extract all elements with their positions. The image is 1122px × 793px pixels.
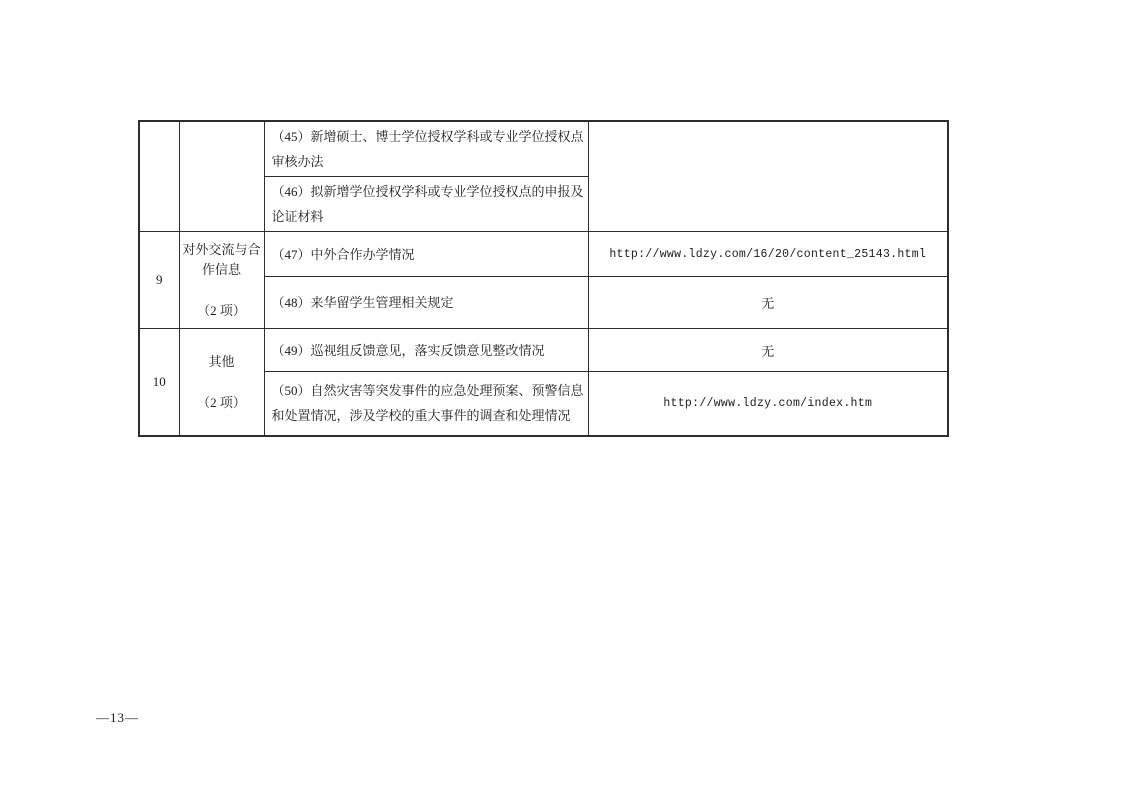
category-cell: 对外交流与合作信息 （2 项） <box>179 232 264 329</box>
document-page: （45）新增硕士、博士学位授权学科或专业学位授权点审核办法 （46）拟新增学位授… <box>0 0 1122 793</box>
table-row: （45）新增硕士、博士学位授权学科或专业学位授权点审核办法 <box>139 121 948 177</box>
row-number-cell: 9 <box>139 232 179 329</box>
item-cell: （48）来华留学生管理相关规定 <box>264 277 588 329</box>
table-row: 10 其他 （2 项） （49）巡视组反馈意见，落实反馈意见整改情况 无 <box>139 329 948 372</box>
category-cell <box>179 121 264 232</box>
page-number: —13— <box>96 710 139 726</box>
value-cell: 无 <box>588 277 948 329</box>
item-cell: （47）中外合作办学情况 <box>264 232 588 277</box>
value-cell: 无 <box>588 329 948 372</box>
table-row: 9 对外交流与合作信息 （2 项） （47）中外合作办学情况 http://ww… <box>139 232 948 277</box>
category-name: 对外交流与合作信息 <box>182 240 262 280</box>
info-disclosure-table: （45）新增硕士、博士学位授权学科或专业学位授权点审核办法 （46）拟新增学位授… <box>138 120 949 437</box>
category-count: （2 项） <box>182 394 262 412</box>
value-url-cell: http://www.ldzy.com/16/20/content_25143.… <box>588 232 948 277</box>
item-cell: （46）拟新增学位授权学科或专业学位授权点的申报及论证材料 <box>264 177 588 232</box>
row-number-cell: 10 <box>139 329 179 436</box>
item-cell: （50）自然灾害等突发事件的应急处理预案、预警信息和处置情况，涉及学校的重大事件… <box>264 372 588 436</box>
value-url-cell: http://www.ldzy.com/index.htm <box>588 372 948 436</box>
item-cell: （49）巡视组反馈意见，落实反馈意见整改情况 <box>264 329 588 372</box>
value-cell <box>588 121 948 232</box>
category-count: （2 项） <box>182 302 262 320</box>
category-name: 其他 <box>182 352 262 372</box>
category-cell: 其他 （2 项） <box>179 329 264 436</box>
item-cell: （45）新增硕士、博士学位授权学科或专业学位授权点审核办法 <box>264 121 588 177</box>
row-number-cell <box>139 121 179 232</box>
